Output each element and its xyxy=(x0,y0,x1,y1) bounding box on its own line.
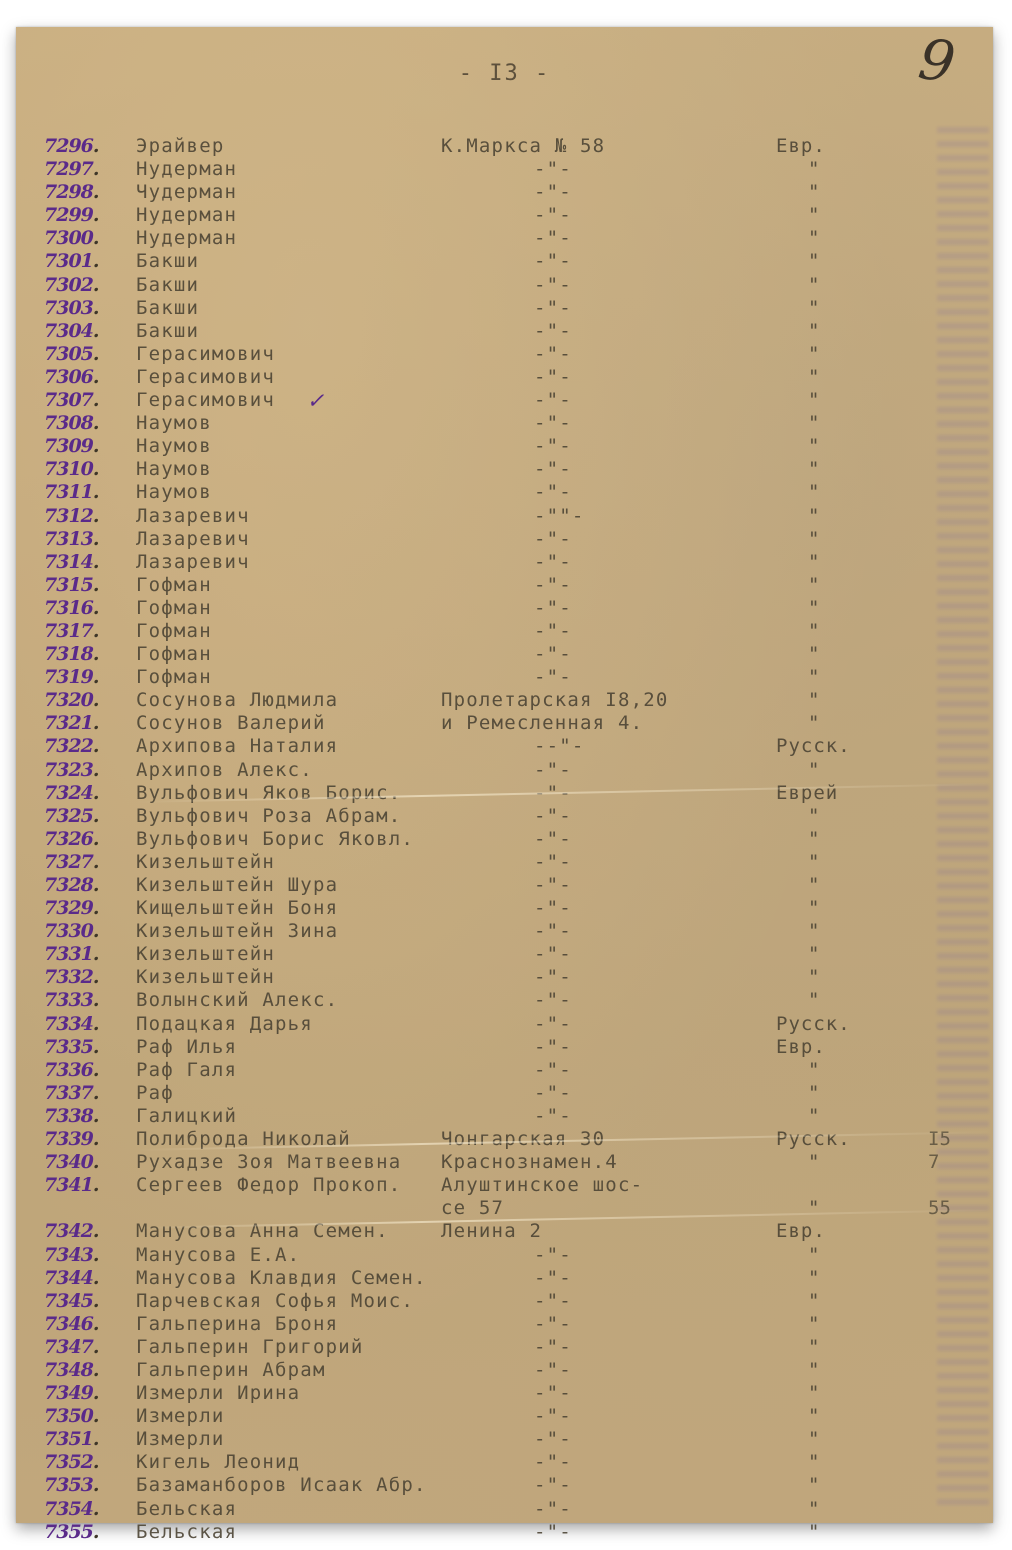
entry-nationality: " xyxy=(808,597,820,620)
list-item: 7331.Кизельштейн-"-" xyxy=(16,943,993,966)
entry-address: -"- xyxy=(534,297,572,320)
entry-address: -"- xyxy=(534,643,572,666)
entry-address: -"- xyxy=(534,1013,572,1036)
entry-address: -"- xyxy=(534,1359,572,1382)
entry-name: Бельская xyxy=(136,1498,237,1521)
list-item: 7319.Гофман-"-" xyxy=(16,666,993,689)
number-dot: . xyxy=(93,366,99,388)
entry-name: Вульфович Борис Яковл. xyxy=(136,828,414,851)
entry-name: Манусова Клавдия Семен. xyxy=(136,1267,427,1290)
entry-nationality: " xyxy=(808,712,820,735)
number-dot: . xyxy=(93,1474,99,1496)
entry-name: Гофман xyxy=(136,597,212,620)
entry-number: 7330. xyxy=(44,920,134,943)
entry-name: Сосунова Людмила xyxy=(136,689,338,712)
number-dot: . xyxy=(93,297,99,319)
entry-nationality: " xyxy=(808,320,820,343)
entry-name: Базаманборов Исаак Абр. xyxy=(136,1474,427,1497)
list-item: 7347.Гальперин Григорий-"-" xyxy=(16,1336,993,1359)
entry-nationality: " xyxy=(808,389,820,412)
number-dot: . xyxy=(93,528,99,550)
list-item: 7305.Герасимович-"-" xyxy=(16,343,993,366)
entry-number: 7352. xyxy=(44,1451,134,1474)
scanned-document-page: - I3 - 9 7296.ЭрайверК.Маркса № 58Евр.72… xyxy=(16,27,993,1523)
number-dot: . xyxy=(93,481,99,503)
entry-number: 7345. xyxy=(44,1290,134,1313)
entry-number: 7302. xyxy=(44,274,134,297)
number-dot: . xyxy=(93,1428,99,1450)
entry-address: -"- xyxy=(534,320,572,343)
list-item: 7301.Бакши-"-" xyxy=(16,250,993,273)
entry-nationality: " xyxy=(808,1498,820,1521)
number-dot: . xyxy=(93,920,99,942)
entry-address: -"- xyxy=(534,1521,572,1544)
entry-address: -"- xyxy=(534,1267,572,1290)
entry-nationality: Русск. xyxy=(776,1128,851,1151)
list-item: 7327.Кизельштейн-"-" xyxy=(16,851,993,874)
entry-address: Пролетарская I8,20 xyxy=(441,689,669,712)
page-number: - I3 - xyxy=(16,61,993,86)
number-dot: . xyxy=(93,1359,99,1381)
list-item: 7355.Бельская-"-" xyxy=(16,1521,993,1544)
entry-nationality: Еврей xyxy=(776,782,838,805)
entry-number: 7312. xyxy=(44,505,134,528)
list-item: 7346.Гальперина Броня-"-" xyxy=(16,1313,993,1336)
entry-list: 7296.ЭрайверК.Маркса № 58Евр.7297.Нудерм… xyxy=(16,135,993,1544)
entry-number: 7338. xyxy=(44,1105,134,1128)
entry-number: 7342. xyxy=(44,1220,134,1243)
entry-address: -"- xyxy=(534,1474,572,1497)
entry-name: Гальперин Григорий xyxy=(136,1336,364,1359)
list-item: 7335.Раф Илья-"-Евр. xyxy=(16,1036,993,1059)
entry-name: Наумов xyxy=(136,481,212,504)
entry-number: 7339. xyxy=(44,1128,134,1151)
entry-nationality: " xyxy=(808,1197,820,1220)
entry-name: Подацкая Дарья xyxy=(136,1013,313,1036)
entry-number: 7306. xyxy=(44,366,134,389)
entry-nationality: " xyxy=(808,366,820,389)
number-dot: . xyxy=(93,1521,99,1543)
entry-nationality: " xyxy=(808,1151,820,1174)
entry-name: Галицкий xyxy=(136,1105,237,1128)
entry-address: -"- xyxy=(534,920,572,943)
entry-nationality: " xyxy=(808,574,820,597)
list-item: 7315.Гофман-"-" xyxy=(16,574,993,597)
entry-name: Сергеев Федор Прокоп. xyxy=(136,1174,401,1197)
entry-address: -"- xyxy=(534,435,572,458)
entry-number: 7343. xyxy=(44,1244,134,1267)
entry-number: 7337. xyxy=(44,1082,134,1105)
list-item: 7300.Нудерман-"-" xyxy=(16,227,993,250)
entry-name: Кизельштейн Шура xyxy=(136,874,338,897)
entry-number: 7334. xyxy=(44,1013,134,1036)
list-item: 7334.Подацкая Дарья-"-Русск. xyxy=(16,1013,993,1036)
entry-age: 55 xyxy=(928,1197,951,1220)
number-dot: . xyxy=(93,874,99,896)
entry-number: 7298. xyxy=(44,181,134,204)
entry-name: Кизельштейн xyxy=(136,851,275,874)
entry-nationality: " xyxy=(808,805,820,828)
entry-nationality: " xyxy=(808,551,820,574)
number-dot: . xyxy=(93,412,99,434)
entry-name: Гофман xyxy=(136,643,212,666)
entry-number: 7324. xyxy=(44,782,134,805)
entry-address: и Ремесленная 4. xyxy=(441,712,643,735)
number-dot: . xyxy=(93,389,99,411)
entry-address: -"- xyxy=(534,1105,572,1128)
entry-name: Вульфович Роза Абрам. xyxy=(136,805,401,828)
list-item: 7328.Кизельштейн Шура-"-" xyxy=(16,874,993,897)
entry-address: -"- xyxy=(534,1451,572,1474)
number-dot: . xyxy=(93,851,99,873)
number-dot: . xyxy=(93,250,99,272)
number-dot: . xyxy=(93,1405,99,1427)
entry-number: 7326. xyxy=(44,828,134,851)
entry-nationality: " xyxy=(808,828,820,851)
number-dot: . xyxy=(93,712,99,734)
entry-nationality: " xyxy=(808,943,820,966)
entry-name: Наумов xyxy=(136,412,212,435)
entry-name: Гофман xyxy=(136,666,212,689)
number-dot: . xyxy=(93,735,99,757)
entry-name: Гальперин Абрам xyxy=(136,1359,326,1382)
number-dot: . xyxy=(93,1336,99,1358)
entry-name: Герасимович xyxy=(136,343,275,366)
entry-number: 7351. xyxy=(44,1428,134,1451)
entry-name: Кигель Леонид xyxy=(136,1451,300,1474)
entry-address: -"- xyxy=(534,897,572,920)
entry-nationality: Евр. xyxy=(776,1036,826,1059)
entry-nationality: " xyxy=(808,343,820,366)
number-dot: . xyxy=(93,320,99,342)
number-dot: . xyxy=(93,782,99,804)
checkmark-icon: ✓ xyxy=(308,389,322,412)
list-item: 7311.Наумов-"-" xyxy=(16,481,993,504)
list-item: 7298.Чудерман-"-" xyxy=(16,181,993,204)
number-dot: . xyxy=(93,551,99,573)
entry-address: -"- xyxy=(534,158,572,181)
entry-address: -"- xyxy=(534,666,572,689)
number-dot: . xyxy=(93,505,99,527)
entry-number: 7328. xyxy=(44,874,134,897)
list-item: 7317.Гофман-"-" xyxy=(16,620,993,643)
list-item: 7341.Сергеев Федор Прокоп.Алуштинское шо… xyxy=(16,1174,993,1197)
entry-nationality: " xyxy=(808,1382,820,1405)
entry-number: 7333. xyxy=(44,989,134,1012)
entry-nationality: " xyxy=(808,1105,820,1128)
entry-address: -"- xyxy=(534,1313,572,1336)
entry-nationality: " xyxy=(808,920,820,943)
list-item: 7353.Базаманборов Исаак Абр.-"-" xyxy=(16,1474,993,1497)
number-dot: . xyxy=(93,1105,99,1127)
entry-nationality: " xyxy=(808,204,820,227)
entry-nationality: " xyxy=(808,250,820,273)
entry-nationality: Русск. xyxy=(776,735,851,758)
entry-number: 7349. xyxy=(44,1382,134,1405)
entry-name: Эрайвер xyxy=(136,135,224,158)
entry-address: -"- xyxy=(534,1244,572,1267)
list-item: 7337.Раф-"-" xyxy=(16,1082,993,1105)
entry-address: -"- xyxy=(534,481,572,504)
number-dot: . xyxy=(93,1498,99,1520)
entry-nationality: " xyxy=(808,528,820,551)
number-dot: . xyxy=(93,620,99,642)
entry-number: 7340. xyxy=(44,1151,134,1174)
entry-address: -""- xyxy=(534,505,585,528)
entry-nationality: " xyxy=(808,1059,820,1082)
entry-address: -"- xyxy=(534,274,572,297)
entry-number: 7321. xyxy=(44,712,134,735)
number-dot: . xyxy=(93,574,99,596)
list-item: 7352.Кигель Леонид-"-" xyxy=(16,1451,993,1474)
entry-address: К.Маркса № 58 xyxy=(441,135,605,158)
entry-name: Архипов Алекс. xyxy=(136,759,313,782)
list-item: 7316.Гофман-"-" xyxy=(16,597,993,620)
number-dot: . xyxy=(93,343,99,365)
entry-address: -"- xyxy=(534,366,572,389)
list-item: 7333.Волынский Алекс.-"-" xyxy=(16,989,993,1012)
number-dot: . xyxy=(93,435,99,457)
number-dot: . xyxy=(93,1151,99,1173)
entry-nationality: " xyxy=(808,412,820,435)
entry-nationality: " xyxy=(808,989,820,1012)
list-item: 7303.Бакши-"-" xyxy=(16,297,993,320)
entry-name: Рухадзе Зоя Матвеевна xyxy=(136,1151,401,1174)
entry-address: -"- xyxy=(534,1498,572,1521)
entry-address: Алуштинское шос- xyxy=(441,1174,643,1197)
list-item: 7332.Кизельштейн-"-" xyxy=(16,966,993,989)
list-item: 7343.Манусова Е.А.-"-" xyxy=(16,1244,993,1267)
entry-number: 7341. xyxy=(44,1174,134,1197)
list-item: 7318.Гофман-"-" xyxy=(16,643,993,666)
entry-nationality: " xyxy=(808,505,820,528)
entry-name: Архипова Наталия xyxy=(136,735,338,758)
list-item: 7296.ЭрайверК.Маркса № 58Евр. xyxy=(16,135,993,158)
entry-address: -"- xyxy=(534,597,572,620)
entry-address: -"- xyxy=(534,181,572,204)
list-item: 7342.Манусова Анна Семен. Ленина 2Евр. xyxy=(16,1220,993,1243)
number-dot: . xyxy=(93,1244,99,1266)
entry-number: 7303. xyxy=(44,297,134,320)
entry-nationality: " xyxy=(808,181,820,204)
entry-address: -"- xyxy=(534,204,572,227)
number-dot: . xyxy=(93,1036,99,1058)
entry-number: 7310. xyxy=(44,458,134,481)
list-item: 7345.Парчевская Софья Моис.-"-" xyxy=(16,1290,993,1313)
entry-address: -"- xyxy=(534,250,572,273)
list-item: 7350.Измерли-"-" xyxy=(16,1405,993,1428)
number-dot: . xyxy=(93,204,99,226)
entry-nationality: " xyxy=(808,1082,820,1105)
entry-name: Кищельштейн Боня xyxy=(136,897,338,920)
entry-address: -"- xyxy=(534,851,572,874)
entry-address: -"- xyxy=(534,343,572,366)
entry-address: се 57 xyxy=(441,1197,504,1220)
entry-address: -"- xyxy=(534,551,572,574)
entry-address: -"- xyxy=(534,805,572,828)
entry-nationality: " xyxy=(808,1451,820,1474)
list-item: 7325.Вульфович Роза Абрам.-"-" xyxy=(16,805,993,828)
number-dot: . xyxy=(93,274,99,296)
list-item: 7309.Наумов-"-" xyxy=(16,435,993,458)
entry-nationality: " xyxy=(808,851,820,874)
entry-number: 7300. xyxy=(44,227,134,250)
entry-address: --"- xyxy=(534,735,585,758)
entry-address: -"- xyxy=(534,1290,572,1313)
entry-number: 7325. xyxy=(44,805,134,828)
entry-nationality: " xyxy=(808,274,820,297)
entry-number: 7317. xyxy=(44,620,134,643)
entry-name: Измерли Ирина xyxy=(136,1382,300,1405)
entry-address: -"- xyxy=(534,1382,572,1405)
entry-address: -"- xyxy=(534,1082,572,1105)
entry-nationality: " xyxy=(808,1336,820,1359)
entry-name: Бакши xyxy=(136,297,199,320)
entry-number: 7347. xyxy=(44,1336,134,1359)
number-dot: . xyxy=(93,943,99,965)
entry-number: 7335. xyxy=(44,1036,134,1059)
entry-nationality: " xyxy=(808,227,820,250)
list-item: 7354.Бельская-"-" xyxy=(16,1498,993,1521)
entry-nationality: " xyxy=(808,1428,820,1451)
entry-number: 7329. xyxy=(44,897,134,920)
number-dot: . xyxy=(93,1290,99,1312)
entry-address: -"- xyxy=(534,1428,572,1451)
entry-address: -"- xyxy=(534,620,572,643)
list-item: 7344.Манусова Клавдия Семен.-"-" xyxy=(16,1267,993,1290)
entry-name: Бакши xyxy=(136,250,199,273)
entry-name: Раф xyxy=(136,1082,174,1105)
entry-nationality: " xyxy=(808,435,820,458)
number-dot: . xyxy=(93,1313,99,1335)
entry-address: -"- xyxy=(534,458,572,481)
number-dot: . xyxy=(93,828,99,850)
entry-number: 7320. xyxy=(44,689,134,712)
entry-name: Нудерман xyxy=(136,204,237,227)
entry-address: -"- xyxy=(534,989,572,1012)
entry-name: Герасимович xyxy=(136,366,275,389)
entry-nationality: " xyxy=(808,1313,820,1336)
entry-nationality: " xyxy=(808,158,820,181)
number-dot: . xyxy=(93,1451,99,1473)
entry-nationality: " xyxy=(808,1521,820,1544)
entry-nationality: " xyxy=(808,1290,820,1313)
entry-name: Нудерман xyxy=(136,227,237,250)
entry-name: Наумов xyxy=(136,458,212,481)
entry-nationality: " xyxy=(808,874,820,897)
number-dot: . xyxy=(93,597,99,619)
list-item: 7310.Наумов-"-" xyxy=(16,458,993,481)
number-dot: . xyxy=(93,666,99,688)
entry-name: Лазаревич xyxy=(136,551,250,574)
entry-address: Краснознамен.4 xyxy=(441,1151,618,1174)
entry-name: Измерли xyxy=(136,1428,224,1451)
entry-number: 7309. xyxy=(44,435,134,458)
number-dot: . xyxy=(93,1220,99,1242)
entry-name: Бакши xyxy=(136,274,199,297)
entry-name: Кизельштейн xyxy=(136,943,275,966)
entry-nationality: " xyxy=(808,643,820,666)
number-dot: . xyxy=(93,1059,99,1081)
entry-address: -"- xyxy=(534,389,572,412)
list-item: 7304.Бакши-"-" xyxy=(16,320,993,343)
number-dot: . xyxy=(93,897,99,919)
list-item: 7321.Сосунов Валерийи Ремесленная 4." xyxy=(16,712,993,735)
list-item: 7323.Архипов Алекс.-"-" xyxy=(16,759,993,782)
entry-name: Сосунов Валерий xyxy=(136,712,326,735)
number-dot: . xyxy=(93,181,99,203)
entry-number: 7323. xyxy=(44,759,134,782)
entry-address: -"- xyxy=(534,1405,572,1428)
list-item: се 57"55 xyxy=(16,1197,993,1220)
number-dot: . xyxy=(93,643,99,665)
entry-name: Кизельштейн Зина xyxy=(136,920,338,943)
entry-name: Лазаревич xyxy=(136,528,250,551)
entry-address: -"- xyxy=(534,1336,572,1359)
number-dot: . xyxy=(93,1082,99,1104)
entry-nationality: " xyxy=(808,1405,820,1428)
entry-nationality: Русск. xyxy=(776,1013,851,1036)
number-dot: . xyxy=(93,1267,99,1289)
entry-number: 7307. xyxy=(44,389,134,412)
entry-address: -"- xyxy=(534,1059,572,1082)
entry-nationality: " xyxy=(808,458,820,481)
entry-number: 7350. xyxy=(44,1405,134,1428)
entry-nationality: " xyxy=(808,759,820,782)
entry-number: 7327. xyxy=(44,851,134,874)
entry-nationality: " xyxy=(808,620,820,643)
entry-name: Чудерман xyxy=(136,181,237,204)
entry-number: 7346. xyxy=(44,1313,134,1336)
entry-nationality: " xyxy=(808,689,820,712)
number-dot: . xyxy=(93,989,99,1011)
list-item: 7338.Галицкий-"-" xyxy=(16,1105,993,1128)
entry-number: 7344. xyxy=(44,1267,134,1290)
entry-name: Бакши xyxy=(136,320,199,343)
entry-name: Гофман xyxy=(136,574,212,597)
list-item: 7312.Лазаревич-""-" xyxy=(16,505,993,528)
list-item: 7307.Герасимович-"-"✓ xyxy=(16,389,993,412)
entry-name: Нудерман xyxy=(136,158,237,181)
entry-number: 7332. xyxy=(44,966,134,989)
number-dot: . xyxy=(93,1128,99,1150)
entry-name: Манусова Е.А. xyxy=(136,1244,300,1267)
entry-nationality: " xyxy=(808,297,820,320)
entry-number: 7308. xyxy=(44,412,134,435)
entry-number: 7299. xyxy=(44,204,134,227)
entry-name: Бельская xyxy=(136,1521,237,1544)
list-item: 7330.Кизельштейн Зина-"-" xyxy=(16,920,993,943)
list-item: 7299.Нудерман-"-" xyxy=(16,204,993,227)
number-dot: . xyxy=(93,227,99,249)
entry-nationality: " xyxy=(808,481,820,504)
entry-address: -"- xyxy=(534,574,572,597)
list-item: 7349.Измерли Ирина-"-" xyxy=(16,1382,993,1405)
entry-address: -"- xyxy=(534,943,572,966)
list-item: 7336.Раф Галя-"-" xyxy=(16,1059,993,1082)
entry-name: Гофман xyxy=(136,620,212,643)
number-dot: . xyxy=(93,1174,99,1196)
entry-number: 7355. xyxy=(44,1521,134,1544)
entry-name: Измерли xyxy=(136,1405,224,1428)
entry-name: Волынский Алекс. xyxy=(136,989,338,1012)
entry-nationality: " xyxy=(808,966,820,989)
entry-number: 7311. xyxy=(44,481,134,504)
entry-name: Кизельштейн xyxy=(136,966,275,989)
entry-nationality: " xyxy=(808,1474,820,1497)
number-dot: . xyxy=(93,966,99,988)
number-dot: . xyxy=(93,158,99,180)
